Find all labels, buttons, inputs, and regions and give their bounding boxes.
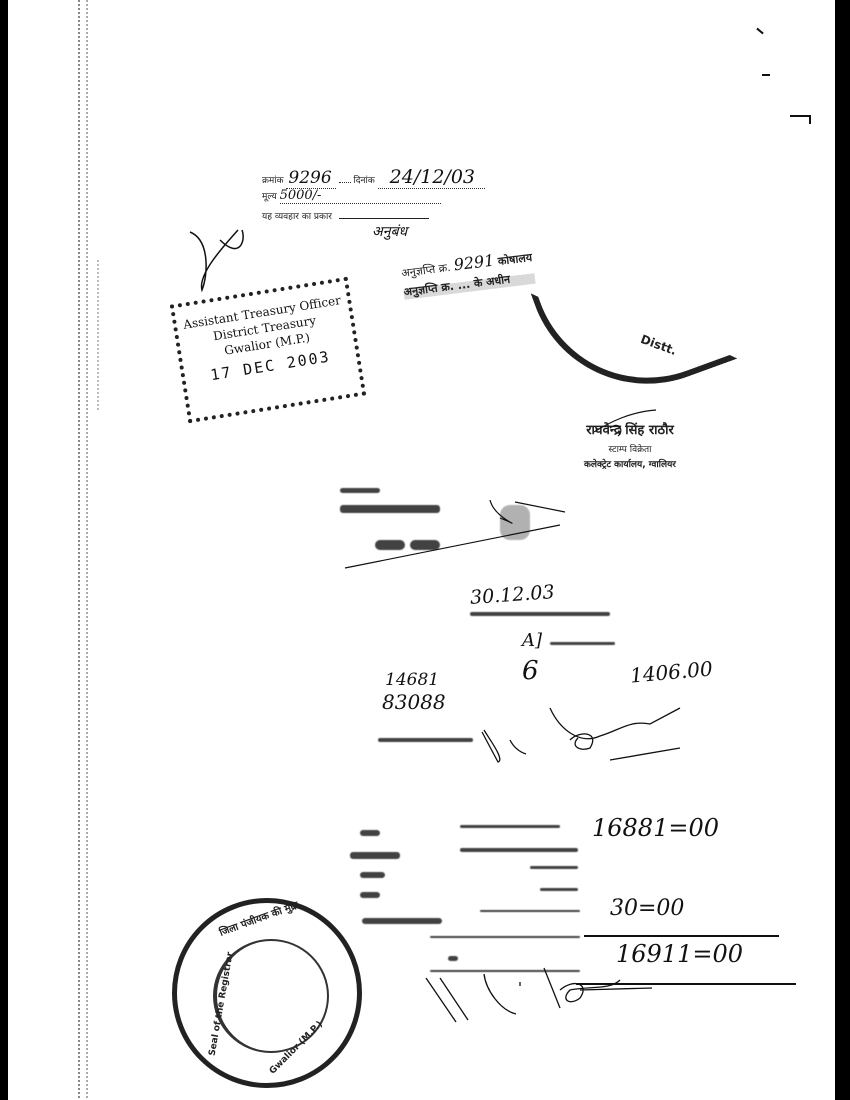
- registrar-signature-1: [470, 700, 690, 770]
- date-value: 24/12/03: [378, 166, 485, 189]
- smudge: [360, 830, 380, 836]
- registrar-seal-hindi-text: जिला पंजीयक की मुद्रा: [217, 897, 300, 939]
- smudge: [480, 910, 580, 912]
- vendor-signature: [590, 408, 660, 438]
- license-stamp: अनुज्ञप्ति क्र. 9291 कोषालय अनुज्ञप्ति क…: [400, 246, 535, 300]
- registration-initial: A]: [522, 630, 542, 651]
- fee-amount-1: 16881=00: [592, 814, 719, 842]
- scan-artifact-line: [97, 260, 99, 410]
- scan-edge-left: [0, 0, 8, 1100]
- smudge: [360, 892, 380, 898]
- value-label: मूल्य: [262, 192, 277, 202]
- speck: [756, 28, 763, 35]
- purpose-label: यह व्यवहार का प्रकार: [262, 212, 332, 222]
- license-line1-value: 9291: [453, 251, 496, 275]
- registration-number-1: 14681: [385, 670, 439, 690]
- smudge: [362, 918, 442, 924]
- registrar-signature-2: [420, 960, 660, 1030]
- speck: [809, 115, 811, 124]
- total-rule-top: [584, 935, 779, 937]
- purpose-value: अनुबंध: [372, 222, 485, 241]
- license-line1-suffix: कोषालय: [497, 251, 533, 268]
- registration-number-2: 83088: [382, 690, 446, 714]
- smudge: [460, 825, 560, 828]
- scan-edge-right: [835, 0, 850, 1100]
- header-form: क्रमांक 9296 दिनांक 24/12/03 मूल्य 5000/…: [262, 166, 485, 241]
- serial-label: क्रमांक: [262, 176, 284, 186]
- scan-artifact-line: [86, 0, 88, 1100]
- speck: [762, 74, 770, 76]
- smudge: [550, 642, 615, 645]
- fee-amount-2: 30=00: [610, 896, 684, 921]
- value-value: 5000/-: [280, 188, 442, 204]
- license-arc-seal: [531, 235, 738, 418]
- scan-artifact-line: [78, 0, 80, 1100]
- registration-count: 6: [522, 656, 539, 686]
- license-line1-label: अनुज्ञप्ति क्र.: [401, 261, 452, 280]
- smudge: [530, 866, 578, 869]
- smudge: [470, 612, 610, 616]
- vendor-office: कलेक्ट्रेट कार्यालय, ग्वालियर: [560, 457, 700, 470]
- smudge: [350, 852, 400, 859]
- strike-signature: [340, 490, 570, 580]
- smudge: [430, 936, 580, 938]
- serial-value: 9296: [286, 168, 335, 189]
- registration-amount: 1406.00: [629, 656, 713, 687]
- smudge: [378, 738, 473, 742]
- smudge: [360, 872, 385, 878]
- speck: [790, 115, 810, 117]
- vendor-role: स्टाम्प विक्रेता: [560, 442, 700, 455]
- officer-signature: [180, 220, 260, 300]
- registration-date: 30.12.03: [469, 581, 555, 609]
- smudge: [460, 848, 578, 852]
- registrar-seal: जिला पंजीयक की मुद्रा Seal of the Regist…: [172, 898, 362, 1088]
- date-label: दिनांक: [353, 176, 374, 186]
- smudge: [540, 888, 578, 891]
